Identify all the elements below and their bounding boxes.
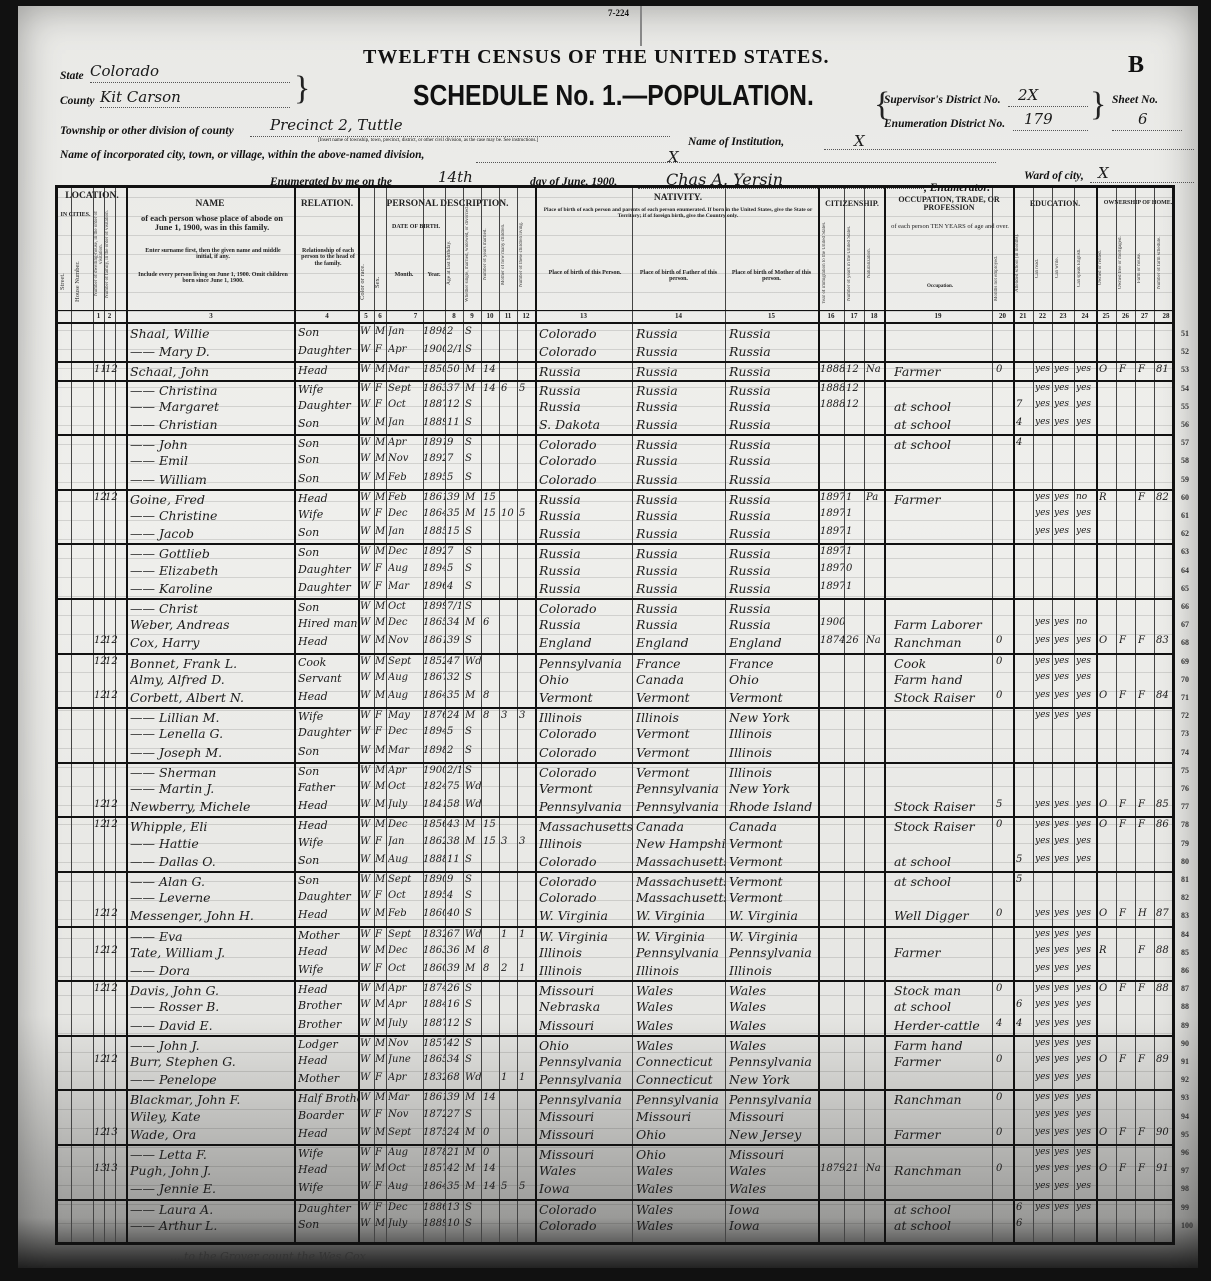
cell-age: 35 — [447, 1181, 463, 1192]
cell-occ: Well Digger — [894, 908, 992, 923]
cell-nat: Na — [866, 1163, 884, 1174]
cell-month: Sept — [388, 1127, 422, 1138]
cell-color: W — [360, 1054, 374, 1065]
cell-year: 1864 — [423, 508, 445, 519]
cell-fs: 90 — [1156, 1127, 1176, 1138]
cell-color: W — [360, 563, 374, 574]
cell-fm: F — [1119, 908, 1134, 919]
cell-age: 7 — [447, 546, 463, 557]
cell-en: yes — [1076, 1038, 1096, 1048]
cell-age: 67 — [447, 929, 463, 940]
cell-month: Jan — [388, 326, 422, 337]
cell-bf: Wales — [636, 1038, 725, 1053]
cell-bp: Russia — [539, 364, 632, 379]
cell-name: Cox, Harry — [130, 635, 294, 650]
cell-ym: 14 — [483, 1163, 499, 1174]
cell-cl: 1 — [519, 929, 535, 940]
cell-rel: Son — [298, 417, 358, 430]
cell-month: Apr — [388, 1072, 422, 1083]
line-number: 84 — [1181, 930, 1203, 939]
cell-bf: Ohio — [636, 1147, 725, 1162]
cell-mar: S — [465, 526, 481, 537]
column-number: 14 — [632, 312, 725, 320]
cell-en: no — [1076, 492, 1096, 502]
name-instr-2: Include every person living on June 1, 1… — [138, 272, 288, 285]
cell-own: O — [1099, 799, 1115, 810]
cell-sex: M — [375, 690, 386, 701]
cell-rel: Wife — [298, 963, 358, 976]
cell-imm: 1897 — [820, 546, 844, 557]
cell-bm: New Jersey — [729, 1127, 818, 1142]
cell-color: W — [360, 890, 374, 901]
cell-occ: Ranchman — [894, 635, 992, 650]
column-number: 15 — [725, 312, 818, 320]
brace-icon: } — [294, 70, 310, 108]
table-row: 125126Messenger, John H.HeadWMFeb186040S… — [58, 907, 1172, 926]
cell-name: —— Leverne — [130, 890, 294, 905]
cell-age: 34 — [447, 617, 463, 628]
footnote: ... to the Grover count the Wes Cox — [170, 1250, 366, 1263]
location-header: LOCATION. — [58, 192, 126, 202]
cell-name: —— Jennie E. — [130, 1181, 294, 1196]
cell-mu: 0 — [996, 819, 1012, 830]
cell-year: 1887 — [423, 399, 445, 410]
vhdr-immigration: Year of immigration to the United States… — [822, 218, 840, 308]
cell-age: 38 — [447, 836, 463, 847]
cell-bf: W. Virginia — [636, 908, 725, 923]
cell-year: 1876 — [423, 710, 445, 721]
cell-bp: Colorado — [539, 1202, 632, 1217]
cell-mar: S — [465, 1054, 481, 1065]
cell-bm: Vermont — [729, 854, 818, 869]
cell-bm: Russia — [729, 453, 818, 468]
cell-moc: 1 — [501, 1072, 517, 1083]
cell-mar: S — [465, 635, 481, 646]
cell-own: O — [1099, 908, 1115, 919]
cell-fam: 120 — [105, 364, 117, 375]
cell-fh: F — [1138, 1054, 1153, 1065]
cell-age: 2 — [447, 326, 463, 337]
cell-color: W — [360, 1218, 374, 1229]
cell-name: —— Christina — [130, 383, 294, 398]
cell-rd: yes — [1035, 908, 1053, 918]
cell-age: 27 — [447, 1109, 463, 1120]
cell-fm: F — [1119, 1127, 1134, 1138]
cell-rel: Wife — [298, 383, 358, 396]
cell-age: 24 — [447, 710, 463, 721]
cell-bf: Russia — [636, 563, 725, 578]
cell-own: R — [1099, 492, 1115, 503]
line-number: 71 — [1181, 693, 1203, 702]
table-row: —— Dallas O.SonWMAug188811SColoradoMassa… — [58, 853, 1172, 872]
line-number: 99 — [1181, 1203, 1203, 1212]
cell-mar: M — [465, 945, 481, 956]
cell-rel: Son — [298, 437, 358, 450]
column-number: 4 — [296, 312, 358, 320]
cell-fh: F — [1138, 819, 1153, 830]
cell-imm: 1879 — [820, 1163, 844, 1174]
cell-mar: M — [465, 1147, 481, 1158]
cell-mar: Wd — [465, 656, 481, 667]
date-of-birth-header: DATE OF BIRTH. — [386, 224, 446, 230]
cell-name: —— Alan G. — [130, 874, 294, 889]
cell-name: —— Laura A. — [130, 1202, 294, 1217]
cell-yus: 12 — [846, 399, 864, 410]
cell-fh: H — [1138, 908, 1153, 919]
cell-name: Bonnet, Frank L. — [130, 656, 294, 671]
line-number: 94 — [1181, 1112, 1203, 1121]
cell-wr: yes — [1054, 399, 1074, 409]
vhdr-naturalization: Naturalization. — [867, 218, 881, 308]
cell-mar: M — [465, 1163, 481, 1174]
line-number: 82 — [1181, 893, 1203, 902]
cell-ym: 15 — [483, 836, 499, 847]
cell-rel: Wife — [298, 1147, 358, 1160]
cell-bm: Russia — [729, 472, 818, 487]
cell-cl: 1 — [519, 963, 535, 974]
cell-sex: F — [375, 1072, 386, 1083]
city-label: Name of incorporated city, town, or vill… — [60, 149, 424, 161]
cell-cl: 3 — [519, 836, 535, 847]
cell-sex: M — [375, 854, 386, 865]
line-number: 96 — [1181, 1148, 1203, 1157]
cell-sex: F — [375, 508, 386, 519]
cell-moc: 1 — [501, 929, 517, 940]
line-number: 66 — [1181, 602, 1203, 611]
cell-rel: Son — [298, 601, 358, 614]
cell-name: Blackmar, John F. — [130, 1092, 294, 1107]
cell-occ: at school — [894, 999, 992, 1014]
cell-name: Shaal, Willie — [130, 326, 294, 341]
cell-month: Sept — [388, 874, 422, 885]
cell-age: 39 — [447, 635, 463, 646]
cell-fs: 83 — [1156, 635, 1176, 646]
cell-mar: Wd — [465, 929, 481, 940]
cell-sex: M — [375, 417, 386, 428]
cell-wr: yes — [1054, 819, 1074, 829]
cell-bm: Wales — [729, 1038, 818, 1053]
cell-age: 34 — [447, 1054, 463, 1065]
cell-mar: S — [465, 745, 481, 756]
cell-en: yes — [1076, 635, 1096, 645]
cell-fs: 89 — [1156, 1054, 1176, 1065]
enumerated-day: 14th — [438, 168, 473, 186]
cell-bm: Russia — [729, 601, 818, 616]
cell-month: May — [388, 710, 422, 721]
cell-fam: 129 — [105, 1054, 117, 1065]
cell-ym: 8 — [483, 690, 499, 701]
cell-bf: Wales — [636, 999, 725, 1014]
cell-fs: 82 — [1156, 492, 1176, 503]
cell-imm: 1897 — [820, 581, 844, 592]
cell-rd: yes — [1035, 1054, 1053, 1064]
cell-sex: M — [375, 799, 386, 810]
cell-color: W — [360, 963, 374, 974]
cell-wr: yes — [1054, 1181, 1074, 1191]
vhdr-sex: Sex. — [375, 258, 385, 306]
cell-bm: Russia — [729, 526, 818, 541]
cell-color: W — [360, 854, 374, 865]
cell-color: W — [360, 601, 374, 612]
cell-yus: 21 — [846, 1163, 864, 1174]
cell-mar: M — [465, 508, 481, 519]
cell-color: W — [360, 874, 374, 885]
cell-year: 1867 — [423, 672, 445, 683]
cell-wr: yes — [1054, 1038, 1074, 1048]
table-row: —— EmilSonWMNov18927SColoradoRussiaRussi… — [58, 452, 1172, 471]
column-number: 26 — [1116, 312, 1135, 320]
cell-month: Feb — [388, 492, 422, 503]
birth-mother-header: Place of birth of Mother of this person. — [725, 270, 818, 283]
cell-bf: Russia — [636, 417, 725, 432]
cell-year: 1875 — [423, 1127, 445, 1138]
cell-bm: England — [729, 635, 818, 650]
line-number: 53 — [1181, 365, 1203, 374]
cell-mar: S — [465, 1218, 481, 1229]
column-number: 19 — [884, 312, 992, 320]
table-row: —— ChristineWifeWFDec186435M15105RussiaR… — [58, 507, 1172, 526]
cell-en: yes — [1076, 1202, 1096, 1212]
line-number: 68 — [1181, 638, 1203, 647]
cell-rel: Head — [298, 983, 358, 996]
cell-name: Weber, Andreas — [130, 617, 294, 632]
cell-age: 13 — [447, 1202, 463, 1213]
cell-ym: 0 — [483, 1127, 499, 1138]
cell-fs: 84 — [1156, 690, 1176, 701]
cell-wr: yes — [1054, 836, 1074, 846]
cell-fs: 86 — [1156, 819, 1176, 830]
cell-month: Aug — [388, 1181, 422, 1192]
cell-color: W — [360, 745, 374, 756]
cell-rel: Mother — [298, 1072, 358, 1085]
cell-color: W — [360, 836, 374, 847]
cell-bf: Russia — [636, 581, 725, 596]
line-number: 74 — [1181, 748, 1203, 757]
cell-ym: 0 — [483, 1147, 499, 1158]
cell-sex: F — [375, 890, 386, 901]
line-number: 80 — [1181, 857, 1203, 866]
vhdr-years-us: Number of years in the United States. — [847, 218, 861, 308]
cell-fam: 124 — [105, 799, 117, 810]
cell-name: Goine, Fred — [130, 492, 294, 507]
cell-yus: 1 — [846, 581, 864, 592]
cell-bf: Russia — [636, 437, 725, 452]
cell-wr: yes — [1054, 656, 1074, 666]
cell-name: —— Gottlieb — [130, 546, 294, 561]
cell-wr: yes — [1054, 999, 1074, 1009]
cell-bp: Colorado — [539, 854, 632, 869]
cell-bm: Wales — [729, 1181, 818, 1196]
cell-wr: yes — [1054, 364, 1074, 374]
cell-bf: Russia — [636, 617, 725, 632]
cell-en: yes — [1076, 1181, 1096, 1191]
cell-bf: Russia — [636, 546, 725, 561]
table-row: —— HattieWifeWFJan186238M1533IllinoisNew… — [58, 835, 1172, 854]
cell-sex: M — [375, 635, 386, 646]
cell-bf: Connecticut — [636, 1072, 725, 1087]
cell-bm: Russia — [729, 417, 818, 432]
cell-wr: yes — [1054, 526, 1074, 536]
cell-wr: yes — [1054, 508, 1074, 518]
cell-sex: F — [375, 963, 386, 974]
cell-sex: F — [375, 563, 386, 574]
line-number: 79 — [1181, 839, 1203, 848]
cell-occ: Farm hand — [894, 672, 992, 687]
cell-bp: Ohio — [539, 1038, 632, 1053]
cell-occ: Farmer — [894, 945, 992, 960]
cell-month: Dec — [388, 546, 422, 557]
form-code: 7-224 — [608, 8, 629, 18]
cell-year: 1861 — [423, 635, 445, 646]
name-desc: of each person whose place of abode on J… — [134, 214, 290, 232]
cell-en: yes — [1076, 908, 1096, 918]
cell-month: Oct — [388, 890, 422, 901]
cell-own: O — [1099, 1127, 1115, 1138]
cell-mar: M — [465, 710, 481, 721]
cell-color: W — [360, 908, 374, 919]
cell-year: 1857 — [423, 1038, 445, 1049]
cell-bm: Wales — [729, 999, 818, 1014]
cell-bf: Wales — [636, 1202, 725, 1217]
cell-name: Wiley, Kate — [130, 1109, 294, 1124]
vhdr-age: Age at last birthday. — [447, 218, 461, 308]
cell-occ: Cook — [894, 656, 992, 671]
cell-age: 32 — [447, 672, 463, 683]
enumeration-label: Enumeration District No. — [884, 118, 1005, 130]
cell-name: —— Eva — [130, 929, 294, 944]
cell-bf: England — [636, 635, 725, 650]
table-row: Wiley, KateBoarderWFNov187227SMissouriMi… — [58, 1108, 1172, 1127]
cell-name: Corbett, Albert N. — [130, 690, 294, 705]
cell-wr: yes — [1054, 492, 1074, 502]
cell-month: Feb — [388, 908, 422, 919]
sheet-no-label: Sheet No. — [1112, 94, 1158, 106]
column-number: 10 — [481, 312, 499, 320]
cell-rel: Daughter — [298, 344, 358, 357]
cell-sex: M — [375, 1163, 386, 1174]
cell-rel: Head — [298, 1127, 358, 1140]
cell-moc: 6 — [501, 383, 517, 394]
cell-bp: Colorado — [539, 890, 632, 905]
cell-occ: Herder-cattle — [894, 1018, 992, 1033]
cell-ym: 14 — [483, 1181, 499, 1192]
cell-rd: yes — [1035, 492, 1053, 502]
cell-nat: Na — [866, 364, 884, 375]
cell-color: W — [360, 383, 374, 394]
cell-age: 43 — [447, 819, 463, 830]
cell-bp: Pennsylvania — [539, 799, 632, 814]
brace-icon: } — [1090, 86, 1106, 124]
column-number: 7 — [386, 312, 445, 320]
cell-rel: Son — [298, 1218, 358, 1231]
cell-color: W — [360, 1181, 374, 1192]
cell-year: 1891 — [423, 437, 445, 448]
cell-occ: Stock Raiser — [894, 819, 992, 834]
cell-bf: France — [636, 656, 725, 671]
vhdr-owned-rented: Owned or rented. — [1098, 228, 1114, 308]
cell-color: W — [360, 1127, 374, 1138]
cell-year: 1863 — [423, 383, 445, 394]
cell-bp: Colorado — [539, 726, 632, 741]
cell-bf: Russia — [636, 399, 725, 414]
cell-fh: F — [1138, 492, 1153, 503]
cell-color: W — [360, 437, 374, 448]
cell-mar: S — [465, 472, 481, 483]
cell-month: July — [388, 1018, 422, 1029]
cell-sex: M — [375, 526, 386, 537]
cell-name: Almy, Alfred D. — [130, 672, 294, 687]
cell-year: 1895 — [423, 890, 445, 901]
cell-cl: 1 — [519, 1072, 535, 1083]
line-number: 51 — [1181, 329, 1203, 338]
cell-wr: yes — [1054, 383, 1074, 393]
cell-age: 12 — [447, 1018, 463, 1029]
cell-bm: Pennsylvania — [729, 1054, 818, 1069]
line-number: 57 — [1181, 438, 1203, 447]
enumeration-value: 179 — [1024, 110, 1053, 128]
cell-sex: M — [375, 765, 386, 776]
line-number: 59 — [1181, 475, 1203, 484]
county-value: Kit Carson — [100, 88, 181, 106]
cell-bm: Russia — [729, 437, 818, 452]
cell-bf: Russia — [636, 526, 725, 541]
cell-mar: S — [465, 453, 481, 464]
cell-fh: F — [1138, 983, 1153, 994]
cell-name: —— Mary D. — [130, 344, 294, 359]
cell-name: —— Hattie — [130, 836, 294, 851]
cell-moc: 3 — [501, 836, 517, 847]
cell-month: June — [388, 1054, 422, 1065]
cell-rel: Boarder — [298, 1109, 358, 1122]
cell-bm: Illinois — [729, 963, 818, 978]
year-header: Year. — [423, 272, 445, 278]
cell-sex: M — [375, 546, 386, 557]
line-number: 62 — [1181, 529, 1203, 538]
cell-name: Tate, William J. — [130, 945, 294, 960]
cell-mar: M — [465, 836, 481, 847]
cell-mar: S — [465, 1202, 481, 1213]
cell-color: W — [360, 508, 374, 519]
institution-value: X — [854, 132, 865, 150]
line-number: 54 — [1181, 384, 1203, 393]
line-number: 89 — [1181, 1021, 1203, 1030]
nativity-desc: Place of birth of each person and parent… — [540, 208, 816, 220]
cell-en: yes — [1076, 854, 1096, 864]
line-number: 77 — [1181, 802, 1203, 811]
cell-bm: Russia — [729, 581, 818, 596]
cell-fh: F — [1138, 1127, 1153, 1138]
line-number: 63 — [1181, 547, 1203, 556]
cell-fh: F — [1138, 690, 1153, 701]
cell-fs: 87 — [1156, 908, 1176, 919]
cell-age: 5 — [447, 726, 463, 737]
education-header: EDUCATION. — [1014, 200, 1096, 208]
cell-rel: Daughter — [298, 890, 358, 903]
cell-rel: Daughter — [298, 1202, 358, 1215]
cell-en: yes — [1076, 929, 1096, 939]
cell-color: W — [360, 344, 374, 355]
cell-sex: M — [375, 1054, 386, 1065]
cell-month: Aug — [388, 854, 422, 865]
cell-wr: yes — [1054, 1072, 1074, 1082]
cell-en: yes — [1076, 1147, 1096, 1157]
relation-header: RELATION. — [296, 200, 358, 210]
cell-year: 1860 — [423, 908, 445, 919]
cell-age: 36 — [447, 945, 463, 956]
cell-rel: Wife — [298, 508, 358, 521]
cell-fs: 88 — [1156, 945, 1176, 956]
cell-bp: Colorado — [539, 874, 632, 889]
